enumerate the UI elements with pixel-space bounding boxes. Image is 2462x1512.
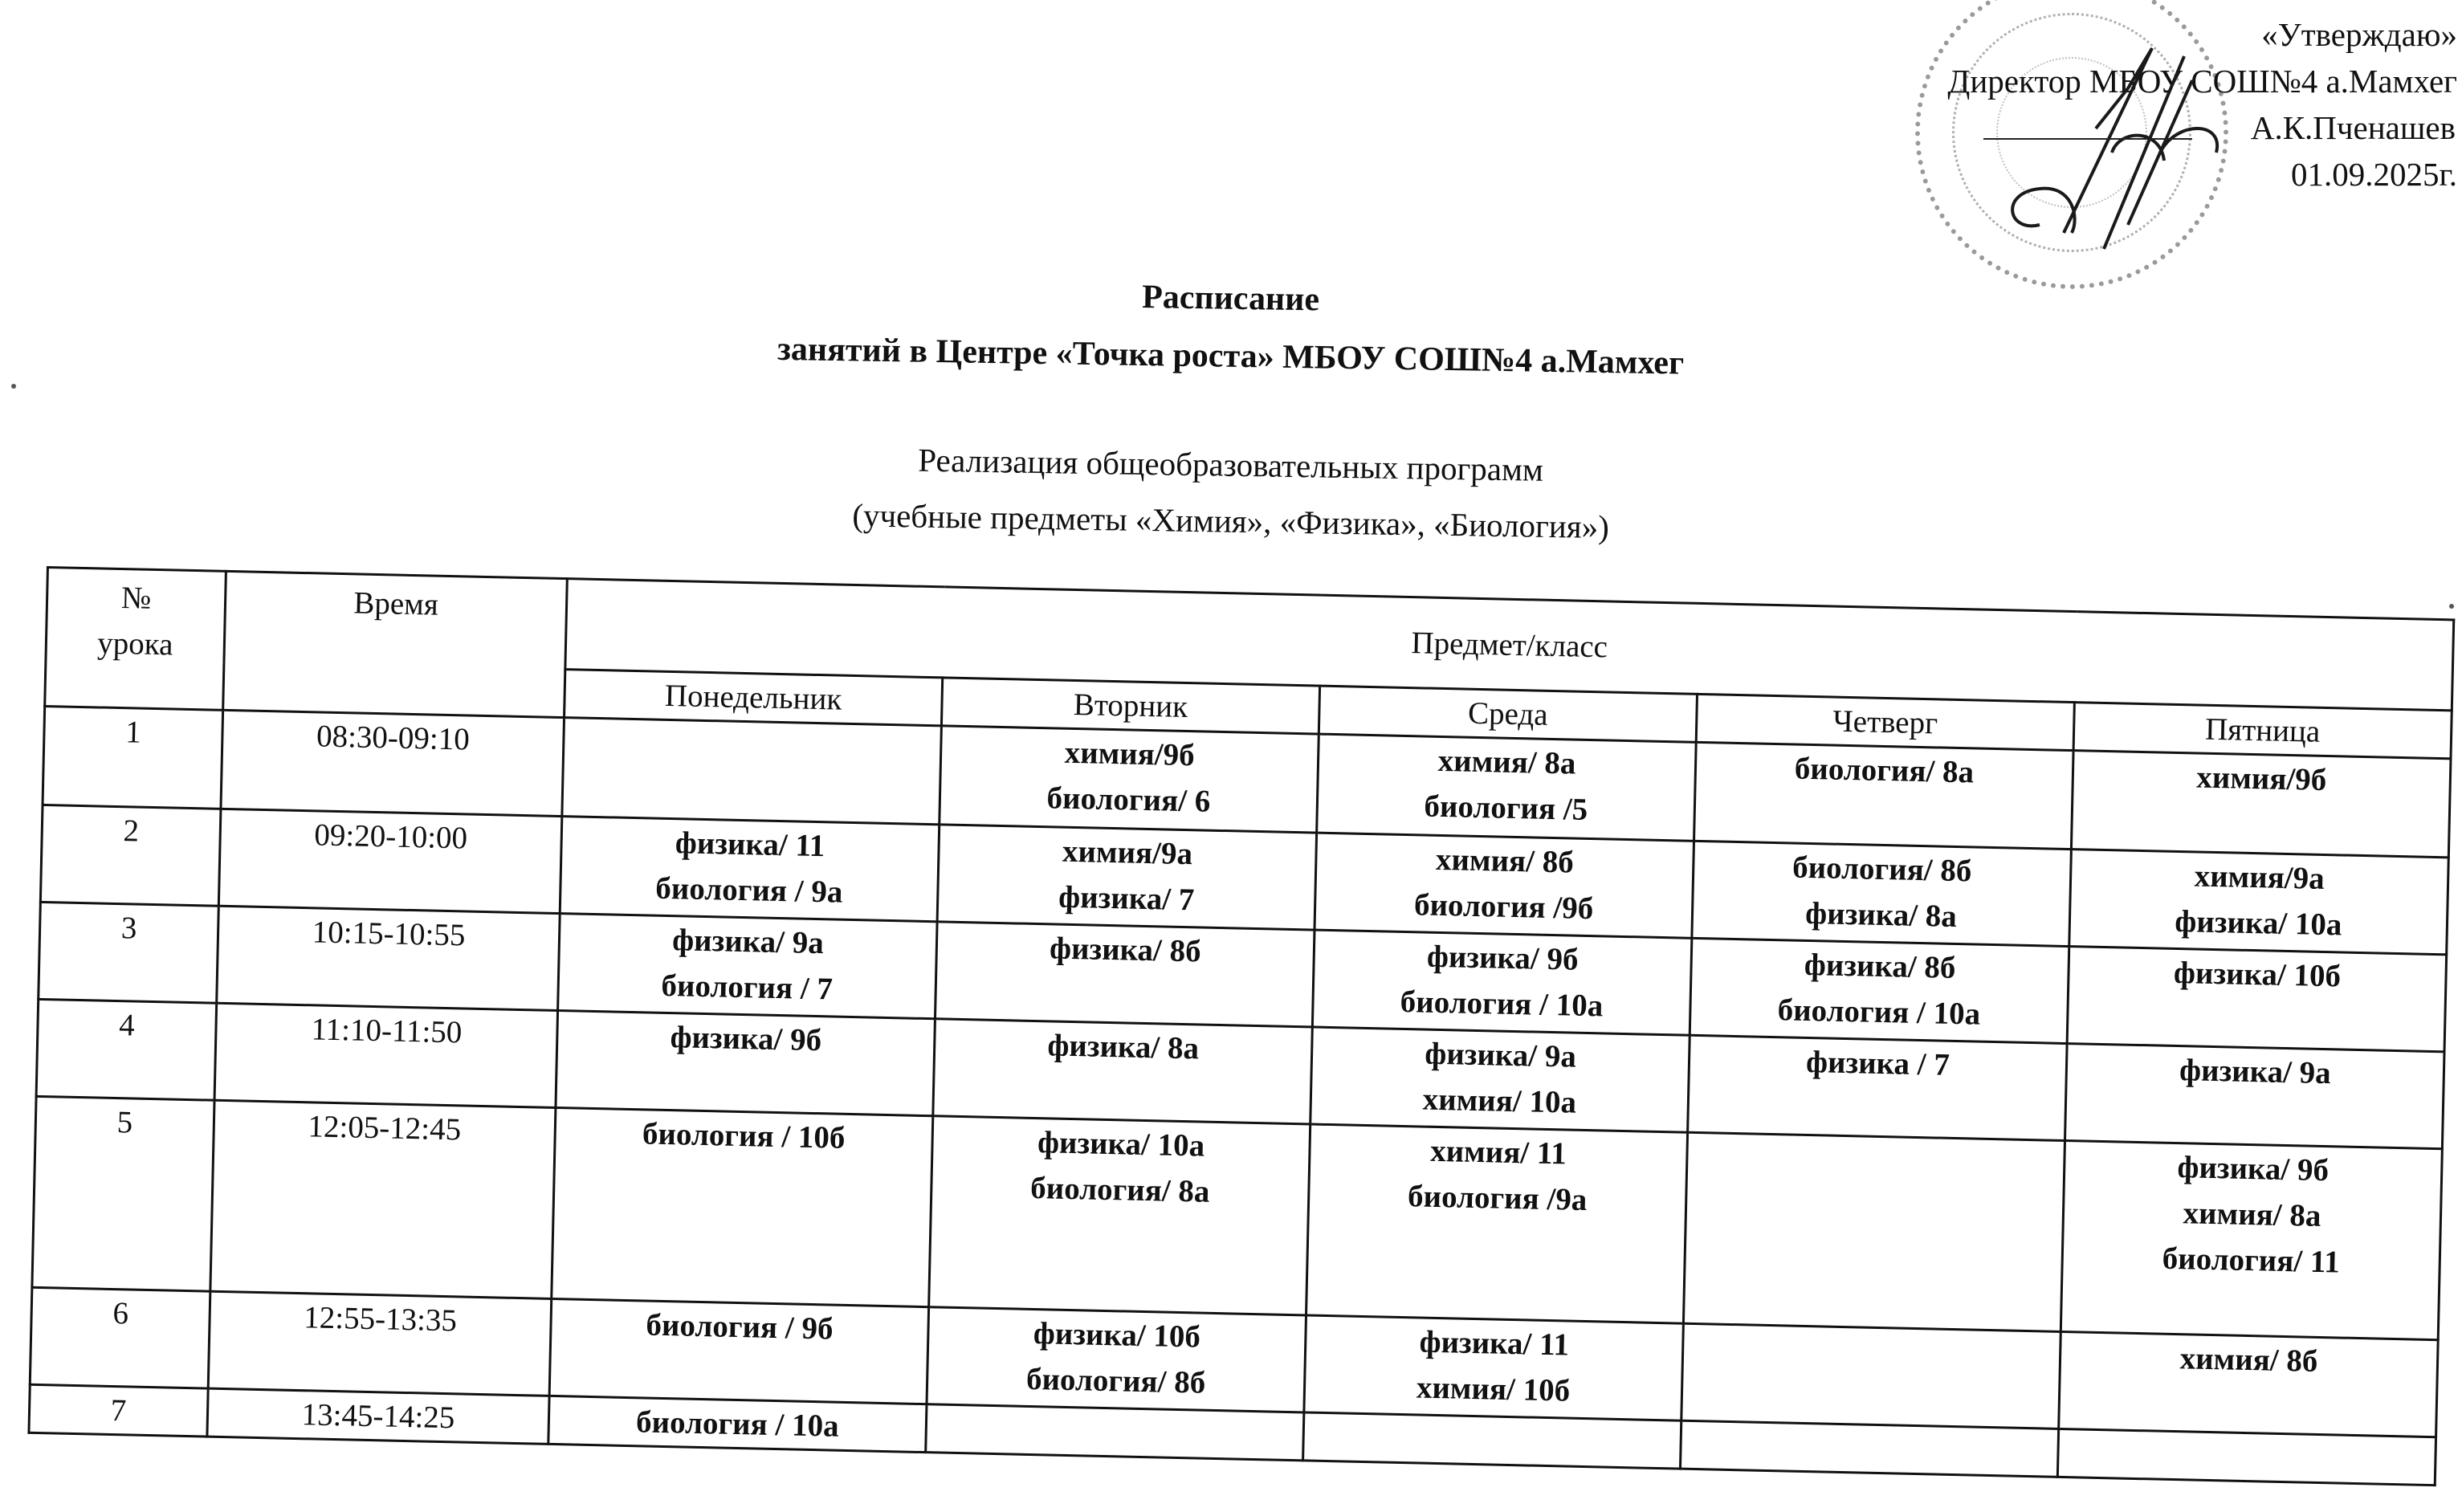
schedule-cell: физика/ 9бхимия/ 8абиология/ 11 <box>2060 1141 2442 1340</box>
header-day: Среда <box>1319 686 1697 742</box>
schedule-cell: физика/ 9абиология / 7 <box>558 914 938 1019</box>
lesson-time: 08:30-09:10 <box>221 710 565 816</box>
schedule-cell: химия/ 8абиология /5 <box>1317 734 1697 841</box>
lesson-number: 4 <box>36 999 217 1100</box>
subject-class-entry: химия/9б <box>2073 752 2449 805</box>
lesson-number: 2 <box>40 805 221 906</box>
header-day: Пятница <box>2073 703 2452 759</box>
schedule-cell: химия/ 8б <box>2059 1331 2439 1437</box>
subject-class-entry: биология/ 6 <box>940 772 1316 826</box>
header-day: Четверг <box>1696 694 2074 750</box>
subject-class-entry: химия/9б <box>942 727 1318 780</box>
subject-class-entry: физика/ 11 <box>1306 1316 1682 1370</box>
lesson-time: 13:45-14:25 <box>207 1388 549 1444</box>
scan-speck <box>11 384 16 389</box>
lesson-number: 7 <box>29 1384 208 1437</box>
schedule-cell: физика/ 9а <box>2065 1044 2444 1149</box>
subject-class-entry: химия/ 10а <box>1311 1074 1687 1128</box>
schedule-cell: физика/ 10ббиология/ 8б <box>927 1307 1306 1412</box>
schedule-cell: химия/9б <box>2071 751 2451 858</box>
lesson-time: 12:55-13:35 <box>208 1291 552 1396</box>
schedule-cell: физика/ 8ббиология / 10а <box>1690 938 2069 1043</box>
header-lesson-number: № урока <box>45 568 226 711</box>
lesson-time: 09:20-10:00 <box>218 809 562 913</box>
subject-class-entry: биология/ 8б <box>1694 842 2070 896</box>
schedule-cell: химия/9ббиология/ 6 <box>940 726 1319 833</box>
lesson-time: 10:15-10:55 <box>217 906 560 1010</box>
subject-class-entry: физика/ 7 <box>939 871 1315 925</box>
schedule-cell: физика/ 9ббиология / 10а <box>1312 930 1692 1035</box>
subject-class-entry: биология/ 8а <box>1696 744 2072 797</box>
schedule-cell: биология / 10б <box>552 1107 933 1306</box>
signature-icon <box>1991 32 2248 257</box>
schedule-cell: физика/ 10б <box>2067 947 2447 1052</box>
schedule-cell: химия/ 11биология /9а <box>1306 1124 1688 1323</box>
subject-class-entry: химия/ 11 <box>1310 1126 1686 1180</box>
subject-class-entry: биология / 10а <box>1691 985 2067 1039</box>
scan-speck <box>2449 604 2454 609</box>
schedule-cell: химия/ 8ббиология /9б <box>1315 833 1694 938</box>
schedule-cell: биология / 10а <box>548 1396 927 1452</box>
subject-class-entry: химия/ 8а <box>1319 736 1695 789</box>
schedule-cell <box>1683 1132 2065 1331</box>
lesson-number: 5 <box>32 1096 214 1291</box>
subject-class-entry: биология /9а <box>1310 1172 1685 1225</box>
header-time: Время <box>223 571 568 717</box>
subject-class-entry: физика/ 8б <box>937 923 1313 976</box>
schedule-cell: физика/ 9ахимия/ 10а <box>1310 1027 1690 1132</box>
schedule-cell: биология/ 8а <box>1694 742 2074 849</box>
lesson-time: 12:05-12:45 <box>210 1100 556 1298</box>
lesson-number: 6 <box>30 1287 210 1388</box>
subject-class-entry: физика/ 10а <box>2070 896 2446 950</box>
lesson-number: 3 <box>39 902 219 1003</box>
schedule-cell <box>562 718 942 825</box>
subject-class-entry: биология/ 11 <box>2063 1233 2439 1287</box>
schedule-cell: физика/ 11химия/ 10б <box>1304 1315 1684 1420</box>
schedule-cell <box>1303 1412 1681 1469</box>
schedule-cell: химия/9афизика/ 10а <box>2069 850 2449 955</box>
subject-class-entry: физика/ 9а <box>560 915 935 968</box>
schedule-cell: физика/ 8а <box>933 1019 1313 1124</box>
header-day: Понедельник <box>565 670 943 726</box>
subject-class-entry: физика / 7 <box>1690 1037 2065 1090</box>
subject-class-entry: биология/ 8б <box>928 1354 1304 1408</box>
schedule-cell <box>2057 1428 2436 1485</box>
subject-class-entry: физика/ 8а <box>1694 888 2069 942</box>
subject-class-entry: химия/ 8б <box>1317 834 1693 888</box>
subject-class-entry: физика/ 8а <box>935 1020 1311 1074</box>
lesson-time: 11:10-11:50 <box>214 1003 558 1107</box>
subject-class-entry: физика/ 10б <box>929 1308 1305 1362</box>
subject-class-entry: биология /9б <box>1316 880 1692 934</box>
subject-class-entry: физика/ 9а <box>2067 1045 2443 1098</box>
subject-class-entry: физика/ 9б <box>558 1012 934 1066</box>
schedule-cell <box>1680 1420 2058 1477</box>
subject-class-entry: химия/9а <box>940 825 1315 879</box>
subject-class-entry: биология / 9б <box>552 1300 927 1354</box>
signature-line <box>1983 138 2192 140</box>
subject-class-entry: биология / 10а <box>1314 977 1690 1031</box>
subject-class-entry: биология / 9а <box>561 863 937 917</box>
subject-class-entry: физика/ 9б <box>2065 1142 2441 1196</box>
schedule-cell: физика/ 10абиология/ 8а <box>929 1116 1310 1315</box>
subject-class-entry: химия/ 8б <box>2061 1333 2437 1387</box>
subject-class-entry: биология / 7 <box>559 960 935 1014</box>
schedule-cell: физика/ 9б <box>556 1011 935 1116</box>
subject-class-entry: химия/ 8а <box>2064 1188 2440 1241</box>
subject-class-entry: биология/ 8а <box>932 1163 1308 1217</box>
schedule-cell <box>1681 1323 2061 1428</box>
subject-class-entry: физика/ 10б <box>2069 948 2445 1001</box>
subject-class-entry: физика/ 8б <box>1692 939 2068 993</box>
schedule-table: № урока Время Предмет/класс ПонедельникВ… <box>27 566 2455 1486</box>
schedule-cell: химия/9афизика/ 7 <box>937 825 1317 930</box>
schedule-cell <box>926 1404 1304 1461</box>
subject-class-entry: биология /5 <box>1318 781 1694 835</box>
subject-class-entry: физика/ 9б <box>1315 931 1690 985</box>
schedule-table-wrapper: № урока Время Предмет/класс ПонедельникВ… <box>27 566 2455 1486</box>
subject-class-entry: химия/9а <box>2072 850 2448 904</box>
schedule-cell: физика/ 8б <box>935 922 1315 1027</box>
header-day: Вторник <box>941 678 1319 734</box>
schedule-cell: физика/ 11биология / 9а <box>560 817 940 922</box>
schedule-cell: биология/ 8бфизика/ 8а <box>1692 841 2072 946</box>
subject-class-entry: химия/ 10б <box>1306 1362 1681 1416</box>
subject-class-entry: биология / 10б <box>556 1109 931 1163</box>
subject-class-entry: физика/ 11 <box>562 817 938 871</box>
subject-class-entry: физика/ 9а <box>1313 1029 1689 1082</box>
schedule-cell: биология / 9б <box>549 1298 929 1404</box>
subject-class-entry: физика/ 10а <box>933 1117 1309 1171</box>
subject-class-entry: биология / 10а <box>549 1397 925 1451</box>
lesson-number: 1 <box>43 706 223 809</box>
schedule-cell: физика / 7 <box>1688 1035 2068 1140</box>
